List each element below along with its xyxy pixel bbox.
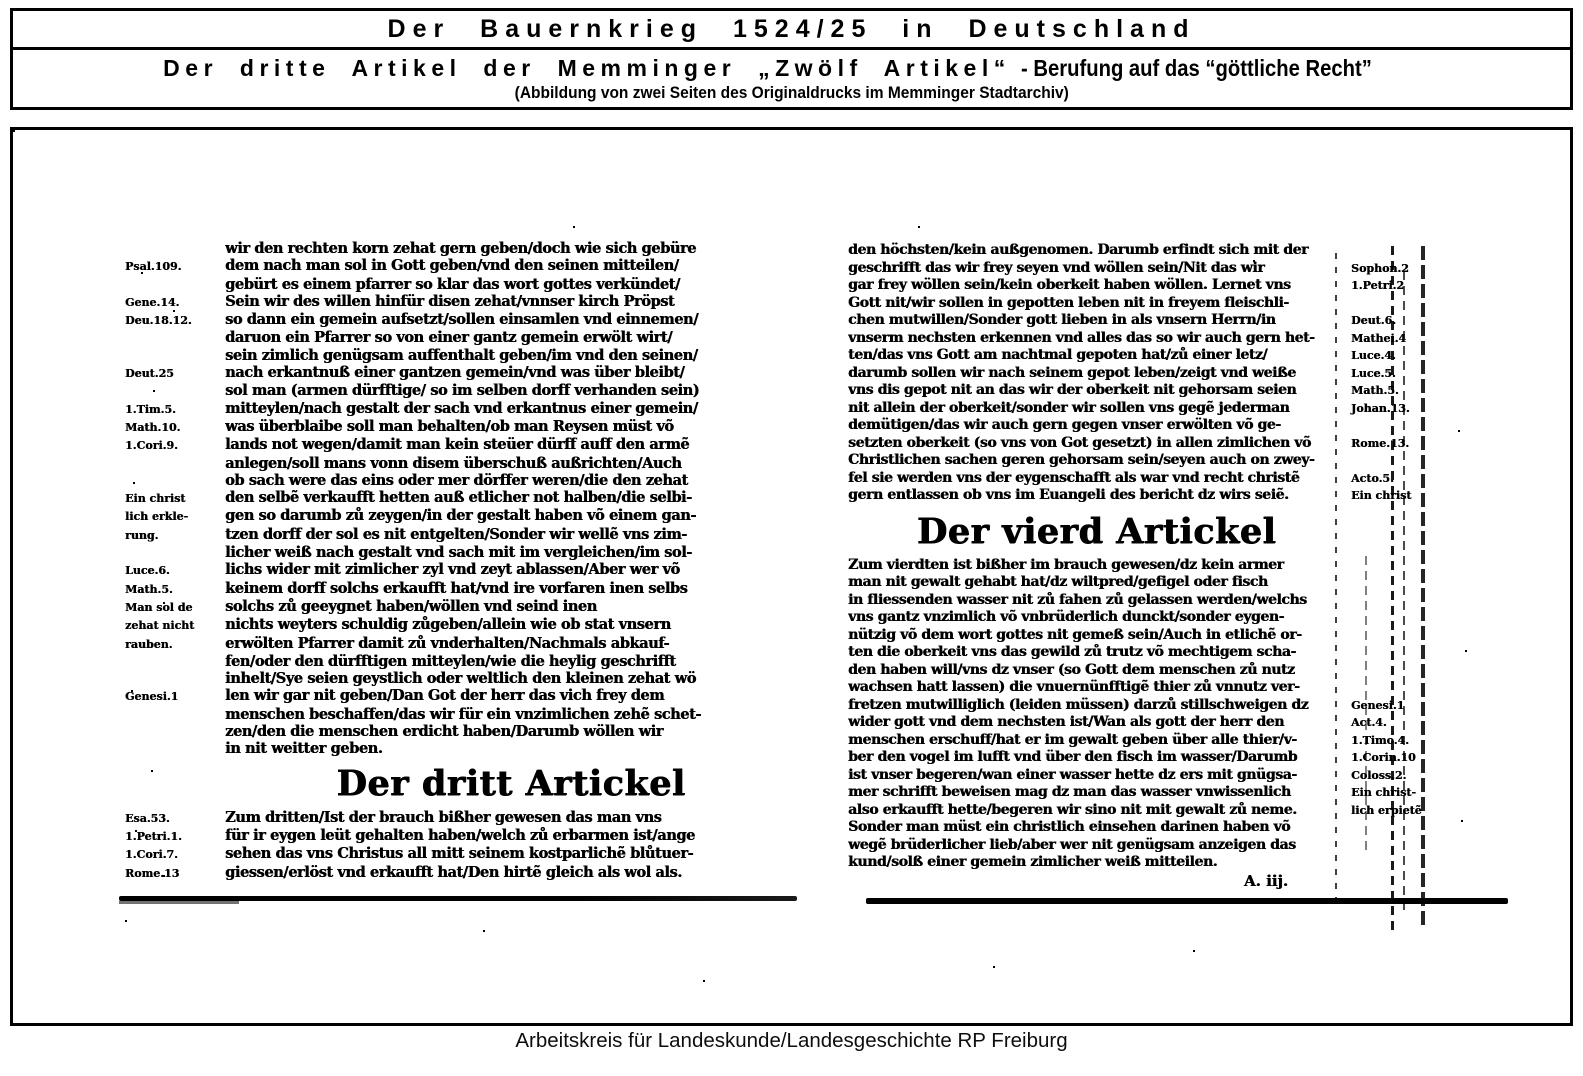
print-line: lichs wider mit zimlicher zyl vnd zeyt a… [225, 561, 785, 578]
print-line: vns gantz vnzimlich võ vnbrüderlich dunc… [848, 609, 1343, 627]
margin-note: Ein christ [125, 490, 225, 507]
print-line-row: fen/oder den dürfftigen mitteylen/wie di… [125, 653, 797, 670]
print-line-row: chen mutwillen/Sonder gott lieben in als… [848, 312, 1448, 330]
scan-edge-bar-right [866, 898, 1508, 904]
print-line: geschrifft das wir frey seyen vnd wöllen… [848, 260, 1343, 278]
print-line: licher weiß nach gestalt vnd sach mit im… [225, 544, 785, 561]
scan-left-page: wir den rechten korn zehat gern geben/do… [125, 240, 797, 882]
binding-streak [1365, 550, 1367, 850]
header-title-row: Der Bauernkrieg 1524/25 in Deutschland [13, 11, 1570, 50]
print-line: keinem dorff solchs erkaufft hat/vnd ire… [225, 580, 785, 597]
print-line-row: daruon ein Pfarrer so von einer gantz ge… [125, 329, 797, 346]
print-line: Zum dritten/Ist der brauch bißher gewese… [225, 809, 785, 826]
print-line: mer schrifft beweisen mag dz man das was… [848, 784, 1343, 802]
margin-note: Math.5. [1343, 382, 1446, 399]
print-line: nit allein der oberkeit/sonder wir solle… [848, 400, 1343, 418]
print-line-row: vns gantz vnzimlich võ vnbrüderlich dunc… [848, 609, 1448, 627]
margin-note: Deu.18.12. [125, 312, 225, 329]
print-line-row: rauben.erwölten Pfarrer damit zů vnderha… [125, 635, 797, 653]
print-line: lands not wegen/damit man kein steüer dü… [225, 436, 785, 453]
margin-note: 1.Corin.10 [1343, 749, 1446, 766]
print-line-row: vnserm nechsten erkennen vnd alles das s… [848, 330, 1448, 348]
print-line: setzten oberkeit (so vns von Got gesetzt… [848, 435, 1343, 453]
print-line-row: darumb sollen wir nach seinem gepot lebe… [848, 365, 1448, 383]
print-line: sol man (armen dürfftige/ so im selben d… [225, 382, 785, 399]
margin-note: 1.Timo.4. [1343, 732, 1446, 749]
print-line-row: Genesi.1len wir gar nit geben/Dan Got de… [125, 687, 797, 705]
margin-note: Coloss.2. [1343, 767, 1446, 784]
print-line-row: ber den vogel im lufft vnd über den fisc… [848, 749, 1448, 767]
print-line: mitteylen/nach gestalt der sach vnd erka… [225, 400, 785, 417]
print-line: len wir gar nit geben/Dan Got der herr d… [225, 687, 785, 704]
print-line-row: ten/das vns Gott am nachtmal gepoten hat… [848, 347, 1448, 365]
margin-note: Gene.14. [125, 294, 225, 311]
print-line-row: nit allein der oberkeit/sonder wir solle… [848, 400, 1448, 418]
print-line-row: Ein christden selbẽ verkaufft hetten auß… [125, 489, 797, 507]
print-line-row: wegẽ brüderlicher lieb/aber wer nit genü… [848, 837, 1448, 855]
print-line: fretzen mutwilliglich (leiden müssen) da… [848, 697, 1343, 715]
print-line-row: in fliessenden wasser nit zů fahen zů ge… [848, 592, 1448, 610]
print-line: fel sie werden vns der eygenschafft als … [848, 470, 1343, 488]
print-line: also erkaufft hette/begeren wir sino nit… [848, 802, 1343, 820]
print-line-row: vns dis gepot nit an das wir der oberkei… [848, 382, 1448, 400]
left-page-lower-text: Esa.53.Zum dritten/Ist der brauch bißher… [125, 809, 797, 882]
margin-note: lich erpietẽ [1343, 802, 1446, 819]
print-line: in nit weitter geben. [225, 740, 785, 757]
margin-note: 1.Tim.5. [125, 401, 225, 418]
print-line: so dann ein gemein aufsetzt/sollen einsa… [225, 311, 785, 328]
print-line-row: licher weiß nach gestalt vnd sach mit im… [125, 544, 797, 561]
print-line-row: lich erkle-gen so darumb zů zeygen/in de… [125, 507, 797, 525]
margin-note: Ein christ- [1343, 784, 1446, 801]
print-line: inhelt/Sye seien geystlich oder weltlich… [225, 670, 785, 687]
print-line: tzen dorff der sol es nit entgelten/Sond… [225, 526, 785, 543]
print-line-row: kund/solß einer gemein zimlicher weiß mi… [848, 854, 1448, 872]
print-line: solchs zů geeygnet haben/wöllen vnd sein… [225, 598, 785, 615]
print-line: dem nach man sol in Gott geben/vnd den s… [225, 257, 785, 274]
margin-note: Math.10. [125, 419, 225, 436]
print-line: den höchsten/kein außgenomen. Darumb erf… [848, 242, 1343, 260]
print-line: gern entlassen ob vns im Euangeli des be… [848, 487, 1343, 505]
print-line-row: Esa.53.Zum dritten/Ist der brauch bißher… [125, 809, 797, 827]
print-line-row: fel sie werden vns der eygenschafft als … [848, 470, 1448, 488]
footer-caption: Arbeitskreis für Landeskunde/Landesgesch… [0, 1029, 1583, 1053]
print-line-row: in nit weitter geben. [125, 740, 797, 757]
print-line-row: Luce.6.lichs wider mit zimlicher zyl vnd… [125, 561, 797, 579]
print-line: wachsen hatt lassen) die vnuernünfftigẽ … [848, 679, 1343, 697]
page-title: Der Bauernkrieg 1524/25 in Deutschland [388, 15, 1196, 44]
signature-mark-row: A. iij. [848, 872, 1448, 891]
margin-note: Rome.13 [125, 865, 225, 882]
print-line-row: Rome.13giessen/erlöst vnd erkaufft hat/D… [125, 864, 797, 882]
print-line-row: Psal.109.dem nach man sol in Gott geben/… [125, 257, 797, 275]
print-line-row: 1.Tim.5.mitteylen/nach gestalt der sach … [125, 400, 797, 418]
margin-note: Genesi.1 [1343, 697, 1446, 714]
margin-note: Luce.6. [125, 562, 225, 579]
margin-note: Mathei.4 [1343, 330, 1446, 347]
print-line: Sein wir des willen hinfür disen zehat/v… [225, 293, 785, 310]
page-edge-line [1335, 248, 1337, 903]
subtitle-note: (Abbildung von zwei Seiten des Originald… [13, 83, 1570, 103]
print-line: sein zimlich genügsam auffenthalt geben/… [225, 347, 785, 364]
print-line: wegẽ brüderlicher lieb/aber wer nit genü… [848, 837, 1343, 855]
header: Der Bauernkrieg 1524/25 in Deutschland D… [10, 8, 1573, 110]
margin-note: Genesi.1 [125, 688, 225, 705]
print-line-row: Christlichen sachen geren gehorsam sein/… [848, 452, 1448, 470]
scan-noise [13, 130, 15, 132]
right-page-upper-text: den höchsten/kein außgenomen. Darumb erf… [848, 242, 1448, 505]
print-line: Christlichen sachen geren gehorsam sein/… [848, 452, 1343, 470]
print-line-row: gebürt es einem pfarrer so klar das wort… [125, 276, 797, 293]
margin-note: Math.5. [125, 581, 225, 598]
print-line: Gott nit/wir sollen in gepotten leben ni… [848, 295, 1343, 313]
margin-note: Sophon.2 [1343, 260, 1446, 277]
print-line: den selbẽ verkaufft hetten auß etlicher … [225, 489, 785, 506]
page-subtitle: Der dritte Artikel der Memminger „Zwölf … [13, 53, 1570, 83]
print-line-row: wider gott vnd dem nechsten ist/Wan als … [848, 714, 1448, 732]
print-line: kund/solß einer gemein zimlicher weiß mi… [848, 854, 1343, 872]
margin-note: Deut.6. [1343, 312, 1446, 329]
print-line-row: inhelt/Sye seien geystlich oder weltlich… [125, 670, 797, 687]
right-page-lower-text: Zum vierdten ist bißher im brauch gewese… [848, 557, 1448, 872]
margin-note: Johan.13. [1343, 400, 1446, 417]
signature-mark: A. iij. [1244, 872, 1288, 890]
print-line: ten/das vns Gott am nachtmal gepoten hat… [848, 347, 1343, 365]
print-line: gebürt es einem pfarrer so klar das wort… [225, 276, 785, 293]
print-line: den haben will/vns dz vnser (so Gott dem… [848, 662, 1343, 680]
margin-note: rauben. [125, 636, 225, 653]
print-line: ten die oberkeit vns das gewild zů trutz… [848, 644, 1343, 662]
print-line: man nit gewalt gehabt hat/dz wiltpred/ge… [848, 574, 1343, 592]
subtitle-spaced-text: Der dritte Artikel der Memminger „Zwölf … [163, 55, 1011, 81]
print-line-row: anlegen/soll mans vonn disem überschuß a… [125, 455, 797, 472]
print-line: Sonder man müst ein christlich einsehen … [848, 819, 1343, 837]
print-line: nach erkantnuß einer gantzen gemein/vnd … [225, 364, 785, 381]
print-line: wider gott vnd dem nechsten ist/Wan als … [848, 714, 1343, 732]
print-line-row: mer schrifft beweisen mag dz man das was… [848, 784, 1448, 802]
fourth-article-heading: Der vierd Artickel [917, 511, 1276, 552]
print-line: ob sach were das eins oder mer dörffer w… [225, 472, 785, 489]
print-line-row: 1.Cori.7.sehen das vns Christus all mitt… [125, 845, 797, 863]
print-line: in fliessenden wasser nit zů fahen zů ge… [848, 592, 1343, 610]
print-line: giessen/erlöst vnd erkaufft hat/Den hirt… [225, 864, 785, 881]
print-line: chen mutwillen/Sonder gott lieben in als… [848, 312, 1343, 330]
print-line: ber den vogel im lufft vnd über den fisc… [848, 749, 1343, 767]
print-line-row: Math.5.keinem dorff solchs erkaufft hat/… [125, 580, 797, 598]
subtitle-rest-text: - Berufung auf das “göttliche Recht” [1021, 53, 1372, 83]
margin-note: Rome.13. [1343, 435, 1446, 452]
binding-streak [1421, 245, 1425, 925]
margin-note: Acto.5. [1343, 470, 1446, 487]
print-line: menschen erschuff/hat er im gewalt geben… [848, 732, 1343, 750]
scan-edge-bar-left [119, 896, 797, 901]
right-article-heading-row: Der vierd Artickel [848, 509, 1448, 555]
print-line-row: Sonder man müst ein christlich einsehen … [848, 819, 1448, 837]
scan-right-page: den höchsten/kein außgenomen. Darumb erf… [848, 242, 1448, 891]
print-line: daruon ein Pfarrer so von einer gantz ge… [225, 329, 785, 346]
margin-note: 1.Cori.7. [125, 846, 225, 863]
print-line-row: also erkaufft hette/begeren wir sino nit… [848, 802, 1448, 820]
left-page-upper-text: wir den rechten korn zehat gern geben/do… [125, 240, 797, 758]
print-line: zen/den die menschen erdicht haben/Darum… [225, 723, 785, 740]
margin-note: 1.Petri.2 [1343, 277, 1446, 294]
print-line: nützig võ dem wort gottes nit gemeß sein… [848, 627, 1343, 645]
print-line-row: Deut.25nach erkantnuß einer gantzen geme… [125, 364, 797, 382]
print-line-row: sein zimlich genügsam auffenthalt geben/… [125, 347, 797, 364]
print-line: menschen beschaffen/das wir für ein vnzi… [225, 706, 785, 723]
print-line-row: zen/den die menschen erdicht haben/Darum… [125, 723, 797, 740]
margin-note: Act.4. [1343, 714, 1446, 731]
print-line-row: menschen erschuff/hat er im gewalt geben… [848, 732, 1448, 750]
print-line: anlegen/soll mans vonn disem überschuß a… [225, 455, 785, 472]
print-line: Zum vierdten ist bißher im brauch gewese… [848, 557, 1343, 575]
print-line: fen/oder den dürfftigen mitteylen/wie di… [225, 653, 785, 670]
print-line-row: ten die oberkeit vns das gewild zů trutz… [848, 644, 1448, 662]
print-line-row: 1.Petri.1.für ir eygen leüt gehalten hab… [125, 827, 797, 845]
print-line-row: gar frey wöllen sein/kein oberkeit haben… [848, 277, 1448, 295]
margin-note: rung. [125, 527, 225, 544]
margin-note: Ein christ [1343, 487, 1446, 504]
print-line-row: zehat nichtnichts weyters schuldig zůgeb… [125, 616, 797, 634]
print-line: sehen das vns Christus all mitt seinem k… [225, 845, 785, 862]
margin-note: Man sol de [125, 599, 225, 616]
print-line-row: rung.tzen dorff der sol es nit entgelten… [125, 526, 797, 544]
print-line-row: Man sol desolchs zů geeygnet haben/wölle… [125, 598, 797, 616]
print-line-row: 1.Cori.9.lands not wegen/damit man kein … [125, 436, 797, 454]
print-line-row: menschen beschaffen/das wir für ein vnzi… [125, 706, 797, 723]
print-line-row: Deu.18.12.so dann ein gemein aufsetzt/so… [125, 311, 797, 329]
print-line: gen so darumb zů zeygen/in der gestalt h… [225, 507, 785, 524]
print-line: was überblaibe soll man behalten/ob man … [225, 418, 785, 435]
print-line-row: geschrifft das wir frey seyen vnd wöllen… [848, 260, 1448, 278]
margin-note: zehat nicht [125, 617, 225, 634]
print-line: vns dis gepot nit an das wir der oberkei… [848, 382, 1343, 400]
print-line-row: fretzen mutwilliglich (leiden müssen) da… [848, 697, 1448, 715]
print-line-row: Math.10.was überblaibe soll man behalten… [125, 418, 797, 436]
print-line-row: demütigen/das wir auch gern gegen vnser … [848, 417, 1448, 435]
margin-note: Luce.5. [1343, 365, 1446, 382]
margin-note: Psal.109. [125, 258, 225, 275]
margin-note: Esa.53. [125, 810, 225, 827]
header-subtitle-row: Der dritte Artikel der Memminger „Zwölf … [13, 50, 1570, 107]
print-line-row: setzten oberkeit (so vns von Got gesetzt… [848, 435, 1448, 453]
print-line-row: ist vnser begeren/wan einer wasser hette… [848, 767, 1448, 785]
facsimile-panel: wir den rechten korn zehat gern geben/do… [10, 127, 1573, 1026]
print-line-row: wachsen hatt lassen) die vnuernünfftigẽ … [848, 679, 1448, 697]
print-line: gar frey wöllen sein/kein oberkeit haben… [848, 277, 1343, 295]
print-line-row: ob sach were das eins oder mer dörffer w… [125, 472, 797, 489]
margin-note: Luce.4. [1343, 347, 1446, 364]
print-line-row: wir den rechten korn zehat gern geben/do… [125, 240, 797, 257]
subtitle-note-text: (Abbildung von zwei Seiten des Originald… [514, 83, 1068, 103]
print-line-row: gern entlassen ob vns im Euangeli des be… [848, 487, 1448, 505]
margin-note: 1.Petri.1. [125, 828, 225, 845]
print-line-row: man nit gewalt gehabt hat/dz wiltpred/ge… [848, 574, 1448, 592]
print-line: wir den rechten korn zehat gern geben/do… [225, 240, 785, 257]
binding-streak [1403, 270, 1405, 910]
print-line-row: Gene.14.Sein wir des willen hinfür disen… [125, 293, 797, 311]
print-line: vnserm nechsten erkennen vnd alles das s… [848, 330, 1343, 348]
left-article-heading-row: Der dritt Artickel [125, 761, 797, 807]
print-line-row: Zum vierdten ist bißher im brauch gewese… [848, 557, 1448, 575]
margin-note: 1.Cori.9. [125, 437, 225, 454]
print-line: ist vnser begeren/wan einer wasser hette… [848, 767, 1343, 785]
print-line: erwölten Pfarrer damit zů vnderhalten/Na… [225, 635, 785, 652]
print-line-row: nützig võ dem wort gottes nit gemeß sein… [848, 627, 1448, 645]
print-line-row: den höchsten/kein außgenomen. Darumb erf… [848, 242, 1448, 260]
margin-note: lich erkle- [125, 508, 225, 525]
margin-note: Deut.25 [125, 365, 225, 382]
print-line: nichts weyters schuldig zůgeben/allein w… [225, 616, 785, 633]
print-line: demütigen/das wir auch gern gegen vnser … [848, 417, 1343, 435]
print-line: für ir eygen leüt gehalten haben/welch z… [225, 827, 785, 844]
print-line-row: den haben will/vns dz vnser (so Gott dem… [848, 662, 1448, 680]
print-line: darumb sollen wir nach seinem gepot lebe… [848, 365, 1343, 383]
third-article-heading: Der dritt Artickel [336, 763, 685, 804]
binding-streak [1391, 240, 1394, 930]
print-line-row: Gott nit/wir sollen in gepotten leben ni… [848, 295, 1448, 313]
print-line-row: sol man (armen dürfftige/ so im selben d… [125, 382, 797, 399]
